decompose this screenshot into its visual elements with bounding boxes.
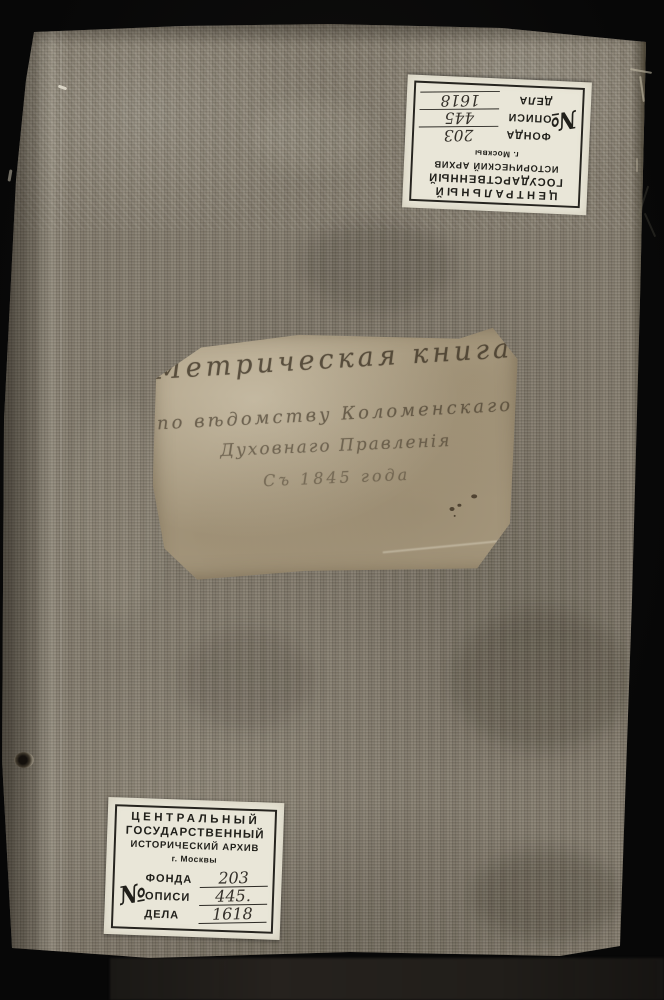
ink-speck <box>471 494 477 498</box>
archive-label-frame: ЦЕНТРАЛЬНЫЙ ГОСУДАРСТВЕННЫЙ ИСТОРИЧЕСКИЙ… <box>111 804 277 934</box>
book-spine-fold <box>2 20 64 975</box>
book-cover: Метрическая книга по вѣдомству Коломенск… <box>2 20 652 975</box>
title-line-4: Съ 1845 года <box>152 460 520 495</box>
title-line-3: Духовнаго Правленія <box>152 428 521 464</box>
fabric-hole <box>14 752 34 768</box>
opis-label: ОПИСИ <box>499 110 552 124</box>
loose-thread <box>636 158 638 172</box>
delo-label: ДЕЛА <box>500 93 553 107</box>
scratch-mark <box>644 213 656 238</box>
archive-number-rows: № ФОНДА 203 ОПИСИ 445. ДЕЛА 1618 <box>118 866 268 927</box>
title-line-2: по вѣдомству Коломенскаго <box>151 394 520 434</box>
book-page-edge <box>632 20 652 975</box>
fond-row: ФОНДА 203 <box>419 124 551 145</box>
table-surface <box>110 958 664 1000</box>
ink-speck <box>454 515 456 517</box>
ink-speck <box>457 504 461 507</box>
delo-label: ДЕЛА <box>144 909 198 923</box>
numero-sign: № <box>549 105 579 137</box>
delo-value: 1618 <box>198 907 266 924</box>
loose-thread <box>7 169 12 181</box>
numero-sign: № <box>117 878 148 911</box>
scan-background: Метрическая книга по вѣдомству Коломенск… <box>0 0 664 1000</box>
archive-label-top: ЦЕНТРАЛЬНЫЙ ГОСУДАРСТВЕННЫЙ ИСТОРИЧЕСКИЙ… <box>402 74 592 215</box>
archive-label-frame: ЦЕНТРАЛЬНЫЙ ГОСУДАРСТВЕННЫЙ ИСТОРИЧЕСКИЙ… <box>409 80 585 208</box>
spine-crease-line <box>60 20 62 975</box>
ink-speck <box>449 507 454 511</box>
top-edge-shadow <box>2 20 652 46</box>
opis-value: 445 <box>420 108 500 124</box>
fond-value: 203 <box>419 125 499 141</box>
archive-number-rows: № ФОНДА 203 ОПИСИ 445 ДЕЛА 1618 <box>418 87 577 148</box>
opis-label: ОПИСИ <box>145 891 199 905</box>
archive-label-bottom: ЦЕНТРАЛЬНЫЙ ГОСУДАРСТВЕННЫЙ ИСТОРИЧЕСКИЙ… <box>104 797 285 940</box>
delo-row: ДЕЛА 1618 <box>420 89 552 110</box>
fond-label: ФОНДА <box>498 128 551 142</box>
handwritten-title-label: Метрическая книга по вѣдомству Коломенск… <box>149 325 523 581</box>
delo-value: 1618 <box>420 91 500 107</box>
fond-label: ФОНДА <box>145 873 199 887</box>
delo-row: ДЕЛА 1618 <box>144 905 266 925</box>
